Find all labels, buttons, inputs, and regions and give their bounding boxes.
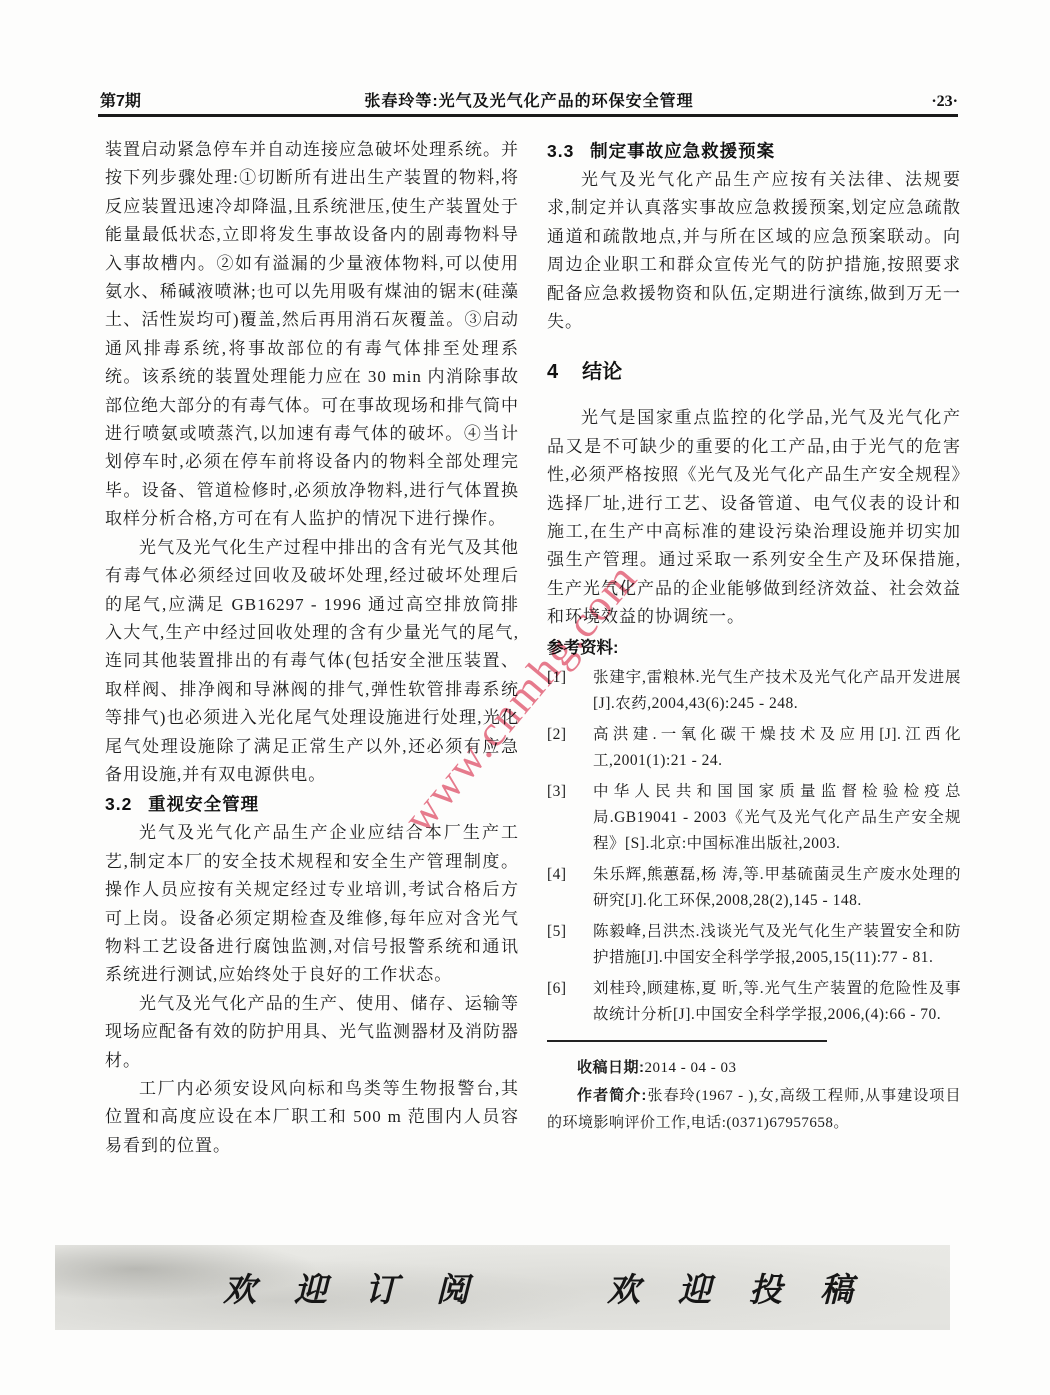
- received-date-value: 2014 - 04 - 03: [645, 1060, 737, 1076]
- content-columns: 装置启动紧急停车并自动连接应急破坏处理系统。并按下列步骤处理:①切断所有进出生产…: [105, 136, 961, 1160]
- page-number: ·23·: [798, 93, 958, 111]
- received-date-label: 收稿日期:: [577, 1059, 645, 1076]
- column-right: 3.3制定事故应急救援预案 光气及光气化产品生产应按有关法律、法规要求,制定并认…: [547, 136, 961, 1160]
- author-bio-line: 作者简介:张春玲(1967 - ),女,高级工程师,从事建设项目的环境影响评价工…: [547, 1082, 961, 1137]
- section-number: 3.2: [105, 794, 132, 814]
- footnote-block: 收稿日期:2014 - 04 - 03 作者简介:张春玲(1967 - ),女,…: [547, 1054, 961, 1137]
- footnote-rule: [547, 1040, 827, 1042]
- section-heading-3-2: 3.2重视安全管理: [105, 790, 519, 818]
- author-bio-label: 作者简介:: [577, 1087, 647, 1104]
- reference-item: [4] 朱乐辉,熊蕙磊,杨 涛,等.甲基硫菌灵生产废水处理的研究[J].化工环保…: [547, 862, 961, 914]
- paragraph-tail-gas: 光气及光气化生产过程中排出的含有光气及其他有毒气体必须经过回收及破坏处理,经过破…: [105, 534, 519, 790]
- reference-text: 高洪建.一氧化碳干燥技术及应用[J].江西化工,2001(1):21 - 24.: [593, 722, 961, 774]
- scanned-paper-page: 第7期 张春玲等:光气及光气化产品的环保安全管理 ·23· 装置启动紧急停车并自…: [0, 0, 1050, 1395]
- received-date-line: 收稿日期:2014 - 04 - 03: [547, 1054, 961, 1082]
- paragraph-conclusion: 光气是国家重点监控的化学品,光气及光气化产品又是不可缺少的重要的化工产品,由于光…: [547, 404, 961, 631]
- paragraph-protection-equipment: 光气及光气化产品的生产、使用、储存、运输等现场应配备有效的防护用具、光气监测器材…: [105, 990, 519, 1075]
- reference-marker: [2]: [547, 722, 593, 774]
- section-title: 重视安全管理: [148, 794, 259, 814]
- reference-item: [3] 中华人民共和国国家质量监督检验检疫总局.GB19041 - 2003《光…: [547, 779, 961, 857]
- reference-text: 陈毅峰,吕洪杰.浅谈光气及光气化生产装置安全和防护措施[J].中国安全科学学报,…: [593, 919, 961, 971]
- running-title: 张春玲等:光气及光气化产品的环保安全管理: [260, 88, 798, 111]
- reference-item: [6] 刘桂玲,顾建栋,夏 昕,等.光气生产装置的危险性及事故统计分析[J].中…: [547, 976, 961, 1028]
- reference-text: 张建宇,雷粮林.光气生产技术及光气化产品开发进展[J].农药,2004,43(6…: [593, 665, 961, 717]
- reference-marker: [1]: [547, 665, 593, 717]
- references-list: [1] 张建宇,雷粮林.光气生产技术及光气化产品开发进展[J].农药,2004,…: [547, 665, 961, 1028]
- reference-marker: [3]: [547, 779, 593, 857]
- section-title: 结论: [582, 361, 622, 383]
- reference-text: 中华人民共和国国家质量监督检验检疫总局.GB19041 - 2003《光气及光气…: [593, 779, 961, 857]
- footer-banner: 欢迎订阅 欢迎投稿: [55, 1245, 950, 1330]
- reference-text: 朱乐辉,熊蕙磊,杨 涛,等.甲基硫菌灵生产废水处理的研究[J].化工环保,200…: [593, 862, 961, 914]
- reference-marker: [6]: [547, 976, 593, 1028]
- reference-text: 刘桂玲,顾建栋,夏 昕,等.光气生产装置的危险性及事故统计分析[J].中国安全科…: [593, 976, 961, 1028]
- reference-marker: [4]: [547, 862, 593, 914]
- reference-item: [1] 张建宇,雷粮林.光气生产技术及光气化产品开发进展[J].农药,2004,…: [547, 665, 961, 717]
- paragraph-emergency-plan: 光气及光气化产品生产应按有关法律、法规要求,制定并认真落实事故应急救援预案,划定…: [547, 166, 961, 336]
- references-heading: 参考资料:: [547, 635, 961, 661]
- header-rule: [98, 114, 958, 117]
- paragraph-wind-vane: 工厂内必须安设风向标和鸟类等生物报警台,其位置和高度应设在本厂职工和 500 m…: [105, 1075, 519, 1160]
- section-number: 4: [547, 361, 558, 383]
- paragraph-emergency-steps: 装置启动紧急停车并自动连接应急破坏处理系统。并按下列步骤处理:①切断所有进出生产…: [105, 136, 519, 534]
- page-header: 第7期 张春玲等:光气及光气化产品的环保安全管理 ·23·: [100, 88, 958, 111]
- paragraph-safety-management: 光气及光气化产品生产企业应结合本厂生产工艺,制定本厂的安全技术规程和安全生产管理…: [105, 819, 519, 989]
- banner-subscribe-text: 欢迎订阅: [223, 1264, 507, 1311]
- reference-marker: [5]: [547, 919, 593, 971]
- banner-contribute-text: 欢迎投稿: [607, 1264, 891, 1311]
- column-left: 装置启动紧急停车并自动连接应急破坏处理系统。并按下列步骤处理:①切断所有进出生产…: [105, 136, 519, 1160]
- reference-item: [2] 高洪建.一氧化碳干燥技术及应用[J].江西化工,2001(1):21 -…: [547, 722, 961, 774]
- issue-label: 第7期: [100, 88, 260, 111]
- reference-item: [5] 陈毅峰,吕洪杰.浅谈光气及光气化生产装置安全和防护措施[J].中国安全科…: [547, 919, 961, 971]
- section-heading-4: 4结论: [547, 357, 961, 387]
- section-title: 制定事故应急救援预案: [590, 141, 775, 161]
- section-heading-3-3: 3.3制定事故应急救援预案: [547, 137, 961, 165]
- section-number: 3.3: [547, 141, 574, 161]
